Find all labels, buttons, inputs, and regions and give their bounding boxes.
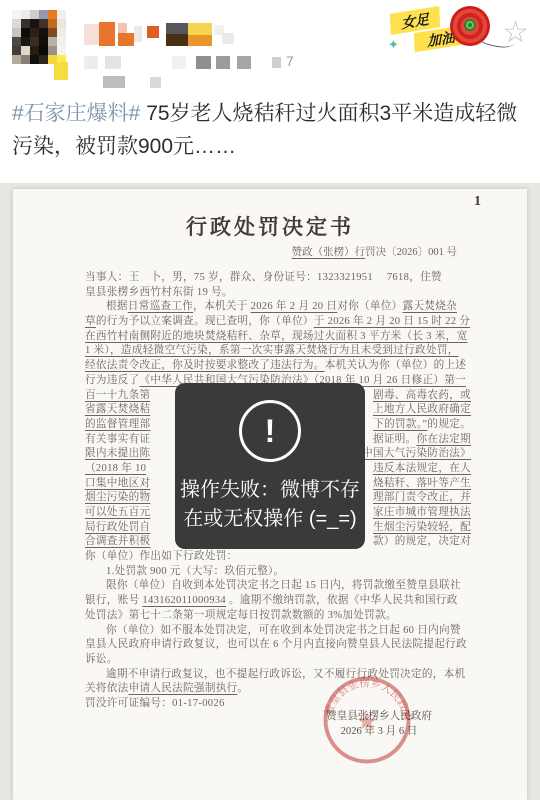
womens-football-badge: 女足 加油 ✦ ☆ xyxy=(388,4,534,58)
doc-line: 根据日常巡查工作，本机关于 2026 年 2 月 20 日对你（单位）露天焚烧杂 xyxy=(85,300,471,315)
mosaic-block xyxy=(172,56,186,69)
document-number-underlined: 赞政（张楞）行 xyxy=(292,247,366,258)
mosaic-block xyxy=(99,22,115,46)
doc-line: 银行，账号 143162011000934 。逾期不缴纳罚款，依据《中华人民共和… xyxy=(85,594,471,609)
mosaic-block xyxy=(166,34,188,46)
mosaic-cell xyxy=(30,28,39,37)
seal-star-icon xyxy=(358,712,377,729)
mosaic-block xyxy=(147,26,159,38)
mosaic-block xyxy=(105,56,121,69)
mosaic-cell xyxy=(30,46,39,55)
doc-line: 草的行为予以立案调查。现已查明，你（单位）于 2026 年 2 月 20 日 1… xyxy=(85,315,471,330)
post-header: 7 女足 加油 ✦ ☆ xyxy=(0,0,540,96)
doc-line: 诉讼。 xyxy=(85,653,471,668)
doc-line: 皇县张楞乡西竹村东街 19 号。 xyxy=(85,286,471,301)
doc-line: 皇县人民政府申请行政复议，也可以在 6 个月内直接向赞皇县人民法院提起行政 xyxy=(85,638,471,653)
doc-line: 处罚法》第七十二条第一项规定每日按罚款数额的 3%加处罚款。 xyxy=(85,609,471,624)
mosaic-block xyxy=(150,77,161,88)
mosaic-cell xyxy=(21,55,30,64)
mosaic-cell xyxy=(12,55,21,64)
mosaic-cell xyxy=(39,37,48,46)
avatar[interactable] xyxy=(12,10,66,78)
toast-message-line1: 操作失败：微博不存 xyxy=(180,476,360,505)
weibo-post-screen: 7 女足 加油 ✦ ☆ #石家庄爆料# 75岁老人烧秸秆过火面积3平米造成轻微污… xyxy=(0,0,540,800)
flower-center xyxy=(464,19,476,31)
mosaic-cell xyxy=(57,19,66,28)
mosaic-block xyxy=(84,24,99,45)
mosaic-block xyxy=(188,35,212,46)
doc-line: 你（单位）作出如下行政处罚： xyxy=(85,550,471,565)
doc-line: 在西竹村南侧附近的地块焚烧秸秆、杂草，现场过火面积 3 平方米（长 3 米，宽 xyxy=(85,330,471,345)
doc-line: 经依法责令改正，你及时按要求整改了违法行为。本机关认为你（单位）的上述 xyxy=(85,359,471,374)
mosaic-block xyxy=(118,33,134,46)
mosaic-block xyxy=(103,76,125,88)
mosaic-cell xyxy=(12,28,21,37)
mosaic-block xyxy=(216,56,230,69)
mosaic-cell xyxy=(48,10,57,19)
mosaic-cell xyxy=(21,37,30,46)
mosaic-cell xyxy=(39,28,48,37)
mosaic-cell xyxy=(12,37,21,46)
sparkle-icon: ✦ xyxy=(388,37,399,53)
mosaic-cell xyxy=(12,46,21,55)
document-number: 赞政（张楞）行罚决〔2026〕001 号 xyxy=(292,244,457,259)
mosaic-cell xyxy=(39,55,48,64)
mosaic-cell xyxy=(12,19,21,28)
mosaic-cell xyxy=(30,10,39,19)
meta-text-fragment: 7 xyxy=(286,53,294,69)
mosaic-cell xyxy=(30,37,39,46)
mosaic-block xyxy=(222,33,234,44)
mosaic-cell xyxy=(12,10,21,19)
avatar-mosaic-corner xyxy=(54,62,68,80)
exclamation-icon: ! xyxy=(239,400,301,462)
mosaic-cell xyxy=(48,46,57,55)
error-toast: ! 操作失败：微博不存 在或无权操作 (=_=) xyxy=(175,383,365,549)
toast-message: 操作失败：微博不存 在或无权操作 (=_=) xyxy=(180,476,360,534)
mosaic-block xyxy=(84,56,98,69)
mosaic-cell xyxy=(57,37,66,46)
avatar-censored-mosaic xyxy=(12,10,66,64)
mosaic-cell xyxy=(21,19,30,28)
mosaic-cell xyxy=(48,28,57,37)
mosaic-cell xyxy=(39,46,48,55)
star-outline-icon: ☆ xyxy=(502,18,529,48)
official-red-seal: 赞皇县张楞乡人民政府 xyxy=(316,673,418,767)
document-number-rest: 罚决〔2026〕001 号 xyxy=(365,247,457,258)
mosaic-block xyxy=(196,56,211,69)
toast-message-line2: 在或无权操作 (=_=) xyxy=(180,505,360,534)
mosaic-block xyxy=(237,56,251,69)
mosaic-cell xyxy=(21,28,30,37)
mosaic-block xyxy=(272,57,281,68)
mosaic-block xyxy=(118,23,127,33)
mosaic-block xyxy=(166,23,188,34)
mosaic-cell xyxy=(48,37,57,46)
mosaic-cell xyxy=(57,28,66,37)
page-number: 1 xyxy=(474,194,481,210)
mosaic-cell xyxy=(39,19,48,28)
mosaic-block xyxy=(188,23,212,35)
mosaic-block xyxy=(134,26,142,42)
mosaic-cell xyxy=(48,19,57,28)
doc-line: 当事人：王 卜，男，75 岁，群众、身份证号：1323321951 7618，住… xyxy=(85,271,471,286)
document-title: 行政处罚决定书 xyxy=(13,211,527,241)
post-text: #石家庄爆料# 75岁老人烧秸秆过火面积3平米造成轻微污染，被罚款900元…… xyxy=(12,97,526,163)
mosaic-cell xyxy=(30,55,39,64)
doc-line: 限你（单位）自收到本处罚决定书之日起 15 日内，将罚款缴至赞皇县联社 xyxy=(85,579,471,594)
doc-line: 1 米），造成轻微空气污染，系第一次实事露天焚烧行为且未受到过行政处罚， xyxy=(85,344,471,359)
mosaic-cell xyxy=(57,46,66,55)
mosaic-cell xyxy=(21,10,30,19)
doc-line: 1.处罚款 900 元（大写：玖佰元整）。 xyxy=(85,565,471,580)
mosaic-cell xyxy=(21,46,30,55)
mosaic-cell xyxy=(39,10,48,19)
hashtag-link[interactable]: #石家庄爆料# xyxy=(12,102,140,125)
doc-line: 你（单位）如不服本处罚决定，可在收到本处罚决定书之日起 60 日内向赞 xyxy=(85,624,471,639)
mosaic-cell xyxy=(30,19,39,28)
mosaic-cell xyxy=(57,10,66,19)
